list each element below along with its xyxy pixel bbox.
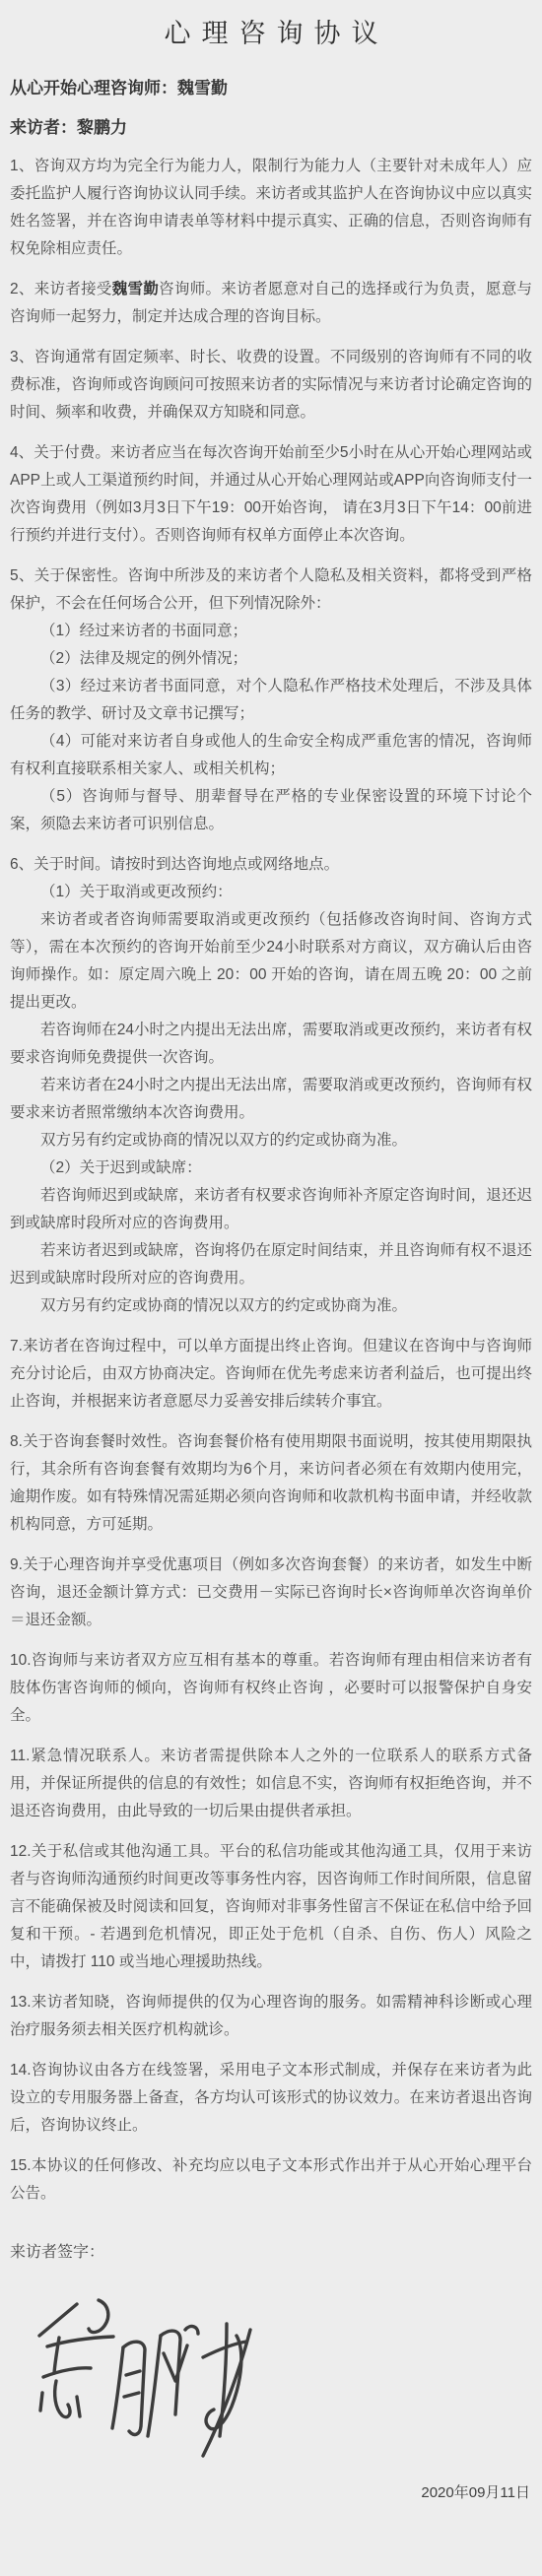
clause-paragraph: （5）咨询师与督导、朋辈督导在严格的专业保密设置的环境下讨论个案，须隐去来访者可… [10,783,532,838]
clause: 12.关于私信或其他沟通工具。平台的私信功能或其他沟通工具，仅用于来访者与咨询师… [10,1838,532,1976]
clause-paragraph: 12.关于私信或其他沟通工具。平台的私信功能或其他沟通工具，仅用于来访者与咨询师… [10,1838,532,1976]
clause: 2、来访者接受魏雪勤咨询师。来访者愿意对自己的选择或行为负责，愿意与咨询师一起努… [10,276,532,331]
visitor-line: 来访者：黎鹏力 [10,113,532,138]
clause-paragraph: 8.关于咨询套餐时效性。咨询套餐价格有使用期限书面说明，按其使用期限执行，其余所… [10,1428,532,1539]
clause: 3、咨询通常有固定频率、时长、收费的设置。不同级别的咨询师有不同的收费标准，咨询… [10,344,532,427]
clause: 1、咨询双方均为完全行为能力人，限制行为能力人（主要针对未成年人）应委托监护人履… [10,153,532,263]
clause: 13.来访者知晓，咨询师提供的仅为心理咨询的服务。如需精神科诊断或心理治疗服务须… [10,1989,532,2044]
clause-paragraph: 来访者或者咨询师需要取消或更改预约（包括修改咨询时间、咨询方式等），需在本次预约… [10,906,532,1017]
clause-paragraph: 1、咨询双方均为完全行为能力人，限制行为能力人（主要针对未成年人）应委托监护人履… [10,153,532,263]
visitor-signature [30,2290,266,2466]
clause-paragraph: （2）法律及规定的例外情况； [10,645,532,673]
clause-paragraph: 14.咨询协议由各方在线签署，采用电子文本形式制成，并保存在来访者为此设立的专用… [10,2057,532,2140]
clause: 14.咨询协议由各方在线签署，采用电子文本形式制成，并保存在来访者为此设立的专用… [10,2057,532,2140]
clause-paragraph: 若咨询师迟到或缺席，来访者有权要求咨询师补齐原定咨询时间，退还迟到或缺席时段所对… [10,1182,532,1237]
clause-paragraph: （2）关于迟到或缺席： [10,1155,532,1182]
clause-paragraph: 10.咨询师与来访者双方应互相有基本的尊重。若咨询师有理由相信来访者有肢体伤害咨… [10,1647,532,1730]
clause-paragraph: 13.来访者知晓，咨询师提供的仅为心理咨询的服务。如需精神科诊断或心理治疗服务须… [10,1989,532,2044]
clause: 4、关于付费。来访者应当在每次咨询开始前至少5小时在从心开始心理网站或APP上或… [10,439,532,550]
clause-paragraph: （3）经过来访者书面同意，对个人隐私作严格技术处理后，不涉及具体任务的教学、研讨… [10,673,532,728]
clause-paragraph: （4）可能对来访者自身或他人的生命安全构成严重危害的情况，咨询师有权利直接联系相… [10,728,532,783]
clauses: 1、咨询双方均为完全行为能力人，限制行为能力人（主要针对未成年人）应委托监护人履… [10,153,532,2208]
handwritten-signature-icon [30,2290,266,2466]
clause-paragraph: 5、关于保密性。咨询中所涉及的来访者个人隐私及相关资料，都将受到严格保护，不会在… [10,562,532,618]
clause: 10.咨询师与来访者双方应互相有基本的尊重。若咨询师有理由相信来访者有肢体伤害咨… [10,1647,532,1730]
clause-paragraph: 双方另有约定或协商的情况以双方的约定或协商为准。 [10,1292,532,1320]
clause-paragraph: （1）经过来访者的书面同意； [10,618,532,645]
clause-paragraph: 11.紧急情况联系人。来访者需提供除本人之外的一位联系人的联系方式备用，并保证所… [10,1743,532,1825]
clause-paragraph: 若来访者迟到或缺席，咨询将仍在原定时间结束，并且咨询师有权不退还迟到或缺席时段所… [10,1237,532,1292]
agreement-document: 心理咨询协议 从心开始心理咨询师：魏雪勤 来访者：黎鹏力 1、咨询双方均为完全行… [0,0,542,2576]
clause-paragraph: 9.关于心理咨询并享受优惠项目（例如多次咨询套餐）的来访者，如发生中断咨询，退还… [10,1552,532,1634]
document-title: 心理咨询协议 [10,12,532,50]
clause: 8.关于咨询套餐时效性。咨询套餐价格有使用期限书面说明，按其使用期限执行，其余所… [10,1428,532,1539]
clause-paragraph: 4、关于付费。来访者应当在每次咨询开始前至少5小时在从心开始心理网站或APP上或… [10,439,532,550]
clause: 15.本协议的任何修改、补充均应以电子文本形式作出并于从心开始心理平台公告。 [10,2152,532,2208]
clause-paragraph: 6、关于时间。请按时到达咨询地点或网络地点。 [10,851,532,879]
clause-paragraph: 若咨询师在24小时之内提出无法出席，需要取消或更改预约，来访者有权要求咨询师免费… [10,1017,532,1072]
signature-date: 2020年09月11日 [10,2481,532,2502]
clause: 6、关于时间。请按时到达咨询地点或网络地点。（1）关于取消或更改预约：来访者或者… [10,851,532,1320]
clause: 5、关于保密性。咨询中所涉及的来访者个人隐私及相关资料，都将受到严格保护，不会在… [10,562,532,838]
clause: 7.来访者在咨询过程中，可以单方面提出终止咨询。但建议在咨询中与咨询师充分讨论后… [10,1333,532,1416]
clause: 11.紧急情况联系人。来访者需提供除本人之外的一位联系人的联系方式备用，并保证所… [10,1743,532,1825]
counselor-line: 从心开始心理咨询师：魏雪勤 [10,74,532,99]
clause: 9.关于心理咨询并享受优惠项目（例如多次咨询套餐）的来访者，如发生中断咨询，退还… [10,1552,532,1634]
clause-paragraph: 7.来访者在咨询过程中，可以单方面提出终止咨询。但建议在咨询中与咨询师充分讨论后… [10,1333,532,1416]
clause-paragraph: 3、咨询通常有固定频率、时长、收费的设置。不同级别的咨询师有不同的收费标准，咨询… [10,344,532,427]
signature-label: 来访者签字： [10,2241,532,2265]
clause-paragraph: 若来访者在24小时之内提出无法出席，需要取消或更改预约，咨询师有权要求来访者照常… [10,1072,532,1127]
clause-paragraph: （1）关于取消或更改预约： [10,879,532,906]
clause-paragraph: 15.本协议的任何修改、补充均应以电子文本形式作出并于从心开始心理平台公告。 [10,2152,532,2208]
clause-paragraph: 双方另有约定或协商的情况以双方的约定或协商为准。 [10,1127,532,1155]
clause-paragraph: 2、来访者接受魏雪勤咨询师。来访者愿意对自己的选择或行为负责，愿意与咨询师一起努… [10,276,532,331]
